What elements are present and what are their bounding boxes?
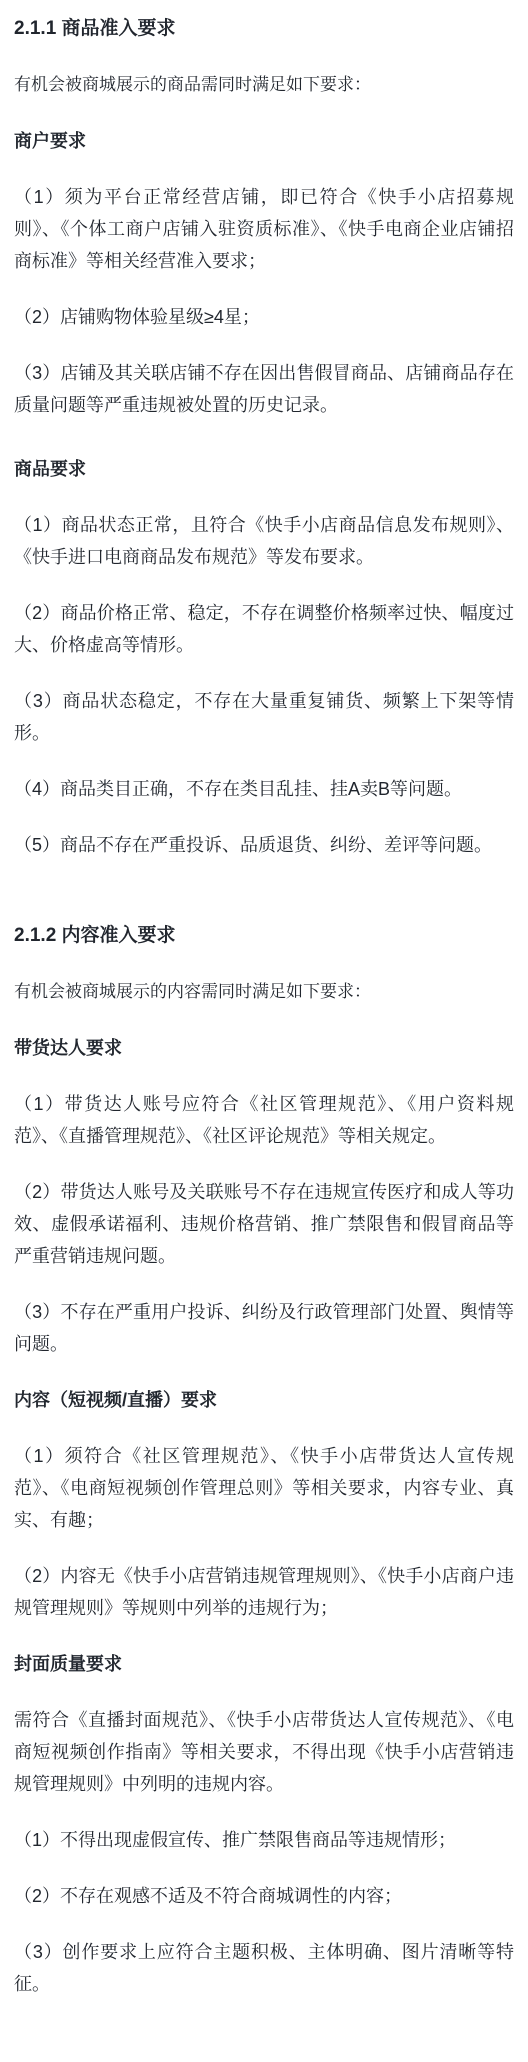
requirement-item: （3）店铺及其关联店铺不存在因出售假冒商品、店铺商品存在质量问题等严重违规被处置… (14, 357, 514, 421)
section-2-1-2: 2.1.2 内容准入要求 有机会被商城展示的内容需同时满足如下要求： 带货达人要… (14, 920, 514, 2000)
subsection-product-requirements: 商品要求 （1）商品状态正常，且符合《快手小店商品信息发布规则》、《快手进口电商… (14, 453, 514, 861)
subsection-heading: 封面质量要求 (14, 1648, 514, 1680)
subsection-content-requirements: 内容（短视频/直播）要求 （1）须符合《社区管理规范》、《快手小店带货达人宣传规… (14, 1384, 514, 1624)
requirement-item: （1）商品状态正常，且符合《快手小店商品信息发布规则》、《快手进口电商商品发布规… (14, 509, 514, 573)
requirement-item: （2）带货达人账号及关联账号不存在违规宣传医疗和成人等功效、虚假承诺福利、违规价… (14, 1176, 514, 1272)
requirement-item: （1）不得出现虚假宣传、推广禁限售商品等违规情形； (14, 1824, 514, 1856)
requirement-item: （1）须为平台正常经营店铺，即已符合《快手小店招募规则》、《个体工商户店铺入驻资… (14, 181, 514, 277)
section-heading: 2.1.2 内容准入要求 (14, 920, 514, 952)
section-intro: 有机会被商城展示的商品需同时满足如下要求： (14, 69, 514, 101)
requirement-item: （2）店铺购物体验星级≥4星； (14, 301, 514, 333)
subsection-creator-requirements: 带货达人要求 （1）带货达人账号应符合《社区管理规范》、《用户资料规范》、《直播… (14, 1032, 514, 1360)
subsection-cover-quality-requirements: 封面质量要求 需符合《直播封面规范》、《快手小店带货达人宣传规范》、《电商短视频… (14, 1648, 514, 2000)
section-intro: 有机会被商城展示的内容需同时满足如下要求： (14, 976, 514, 1008)
subsection-heading: 内容（短视频/直播）要求 (14, 1384, 514, 1416)
requirement-item: （1）带货达人账号应符合《社区管理规范》、《用户资料规范》、《直播管理规范》、《… (14, 1088, 514, 1152)
requirement-item: （2）不存在观感不适及不符合商城调性的内容； (14, 1880, 514, 1912)
subsection-heading: 商户要求 (14, 125, 514, 157)
requirement-item: （5）商品不存在严重投诉、品质退货、纠纷、差评等问题。 (14, 829, 514, 861)
requirement-item: （3）商品状态稳定，不存在大量重复铺货、频繁上下架等情形。 (14, 685, 514, 749)
requirement-item: （3）不存在严重用户投诉、纠纷及行政管理部门处置、舆情等问题。 (14, 1296, 514, 1360)
subsection-merchant-requirements: 商户要求 （1）须为平台正常经营店铺，即已符合《快手小店招募规则》、《个体工商户… (14, 125, 514, 421)
section-heading: 2.1.1 商品准入要求 (14, 13, 514, 45)
requirement-item: （2）商品价格正常、稳定，不存在调整价格频率过快、幅度过大、价格虚高等情形。 (14, 597, 514, 661)
subsection-heading: 带货达人要求 (14, 1032, 514, 1064)
subsection-heading: 商品要求 (14, 453, 514, 485)
requirement-item: （2）内容无《快手小店营销违规管理规则》、《快手小店商户违规管理规则》等规则中列… (14, 1560, 514, 1624)
document: 2.1.1 商品准入要求 有机会被商城展示的商品需同时满足如下要求： 商户要求 … (0, 0, 528, 2062)
requirement-item: （4）商品类目正确，不存在类目乱挂、挂A卖B等问题。 (14, 773, 514, 805)
requirement-item: （3）创作要求上应符合主题积极、主体明确、图片清晰等特征。 (14, 1936, 514, 2000)
requirement-item: （1）须符合《社区管理规范》、《快手小店带货达人宣传规范》、《电商短视频创作管理… (14, 1440, 514, 1536)
lead-paragraph: 需符合《直播封面规范》、《快手小店带货达人宣传规范》、《电商短视频创作指南》等相… (14, 1704, 514, 1800)
section-2-1-1: 2.1.1 商品准入要求 有机会被商城展示的商品需同时满足如下要求： 商户要求 … (14, 13, 514, 861)
